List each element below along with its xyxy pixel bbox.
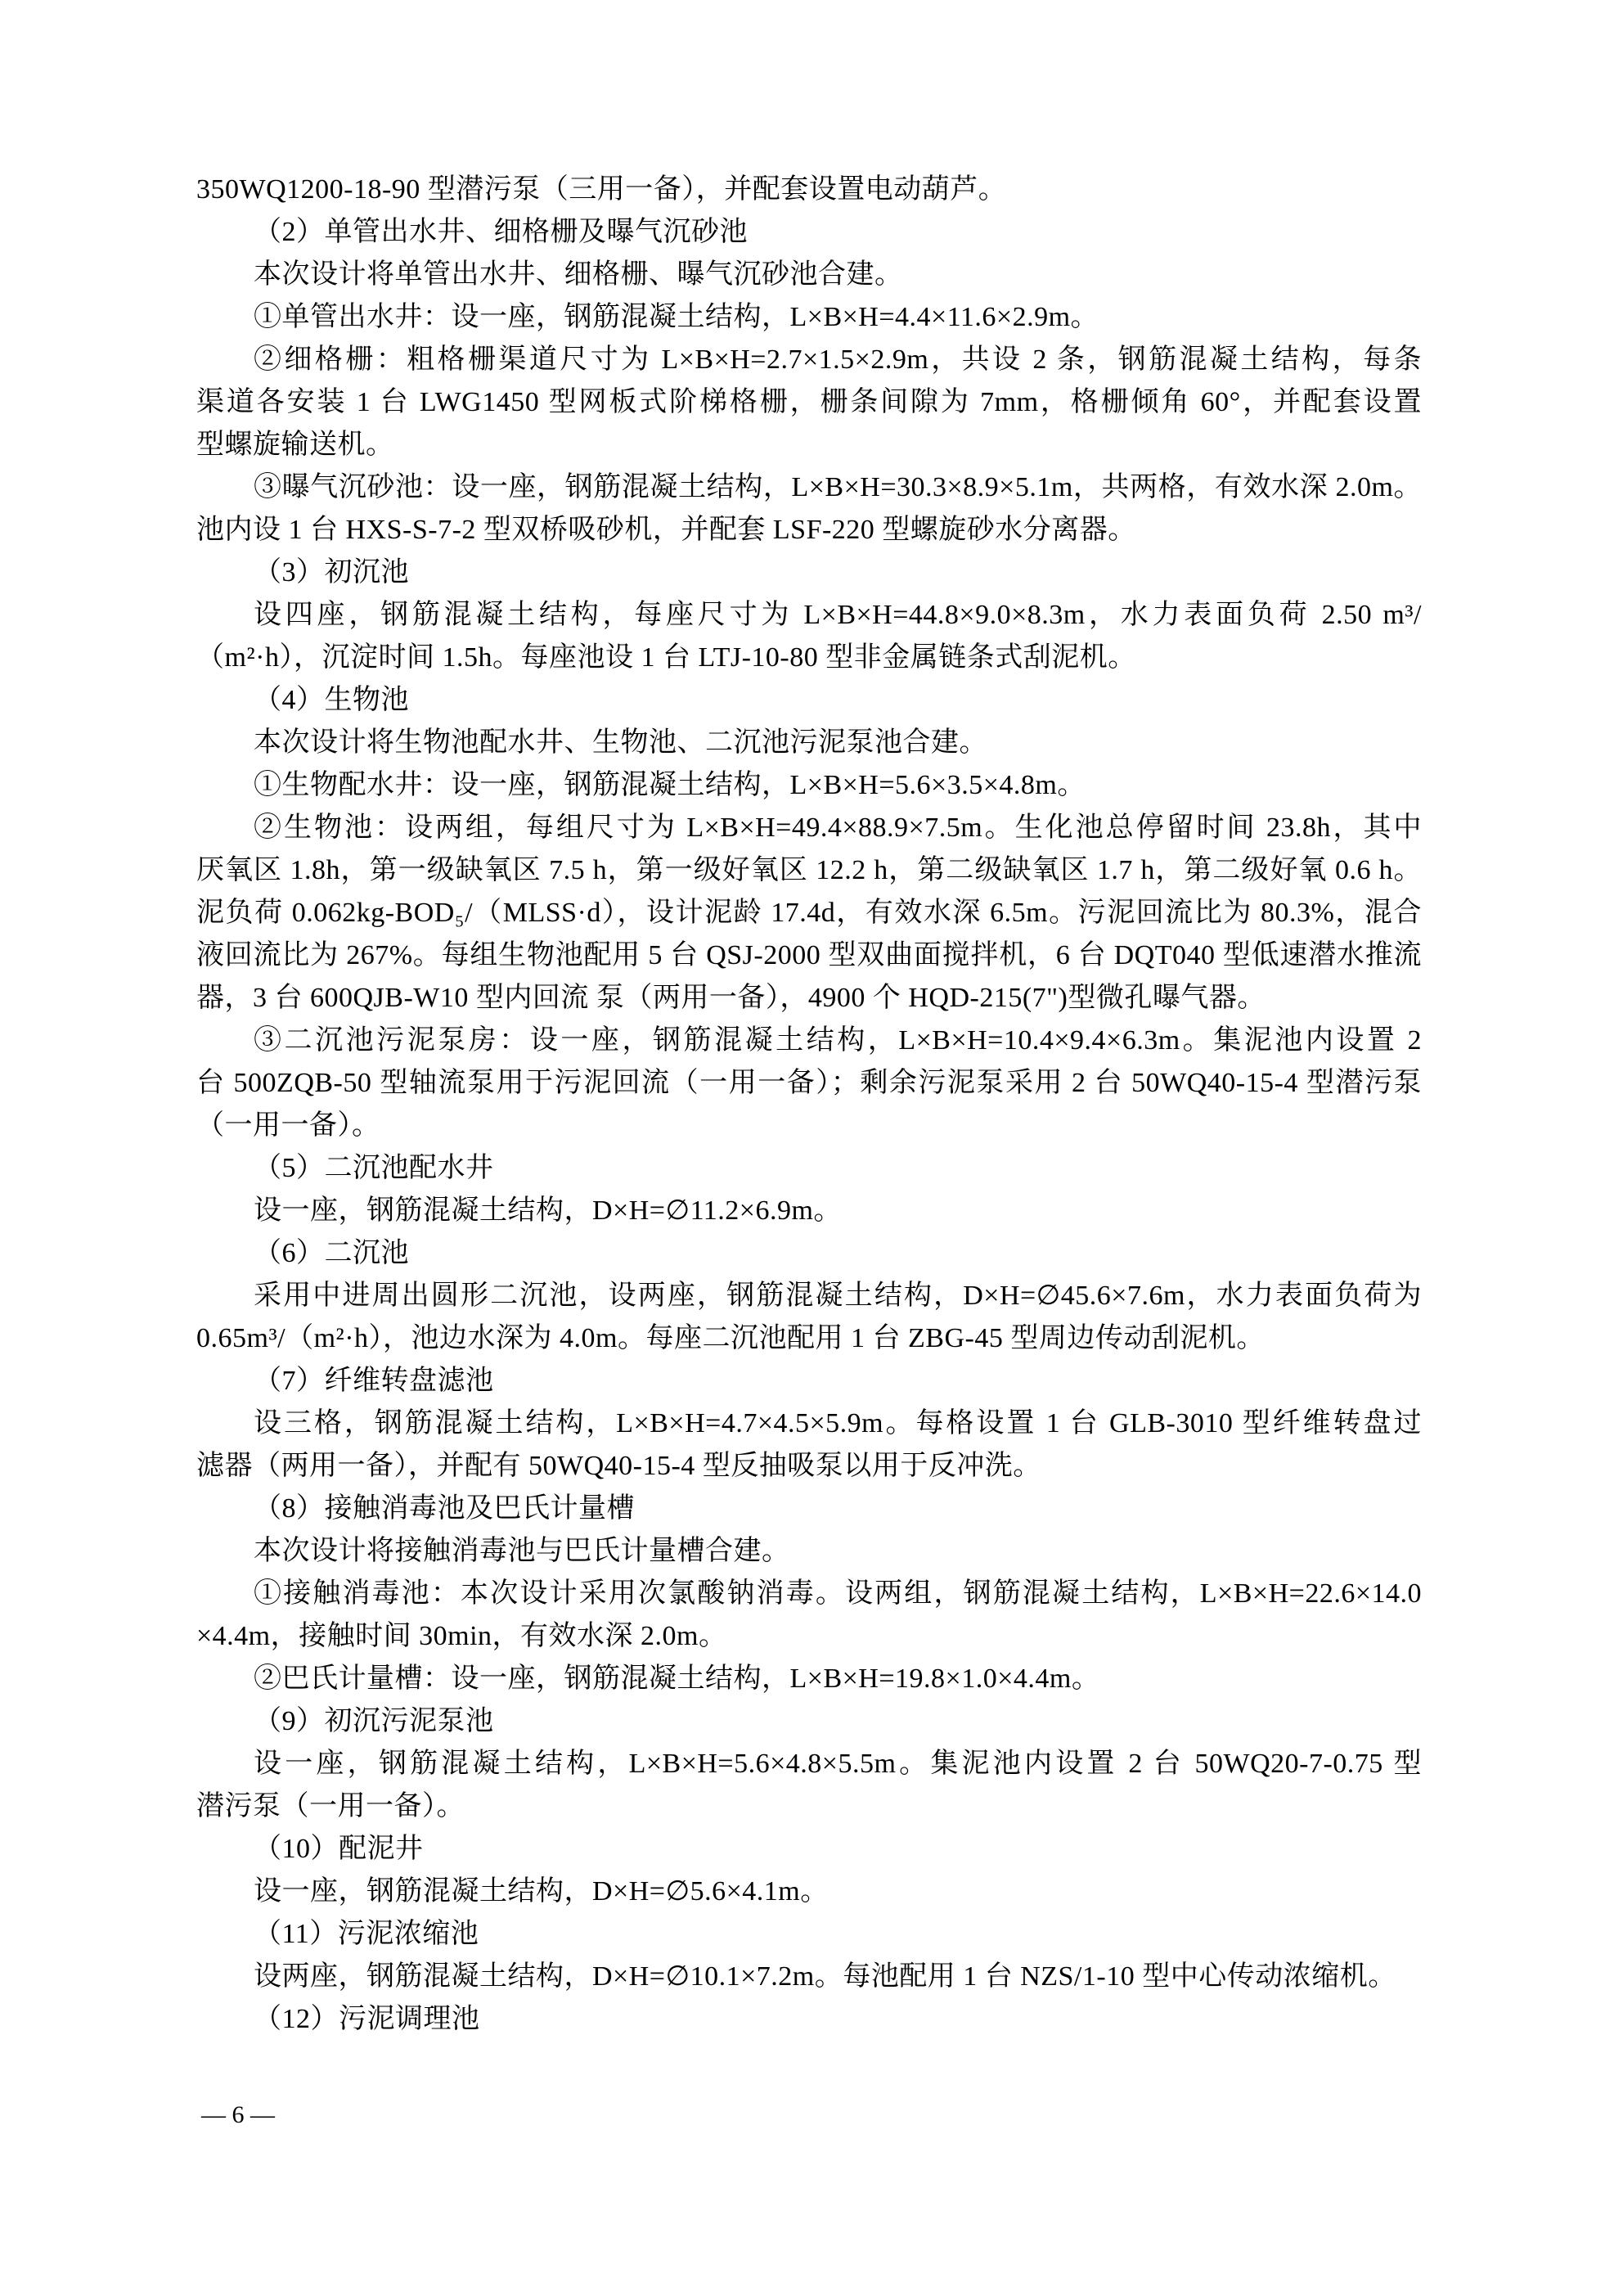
text-line: （4）生物池 xyxy=(196,679,1422,722)
text-line: 设四座，钢筋混凝土结构，每座尺寸为 L×B×H=44.8×9.0×8.3m，水力… xyxy=(196,594,1422,637)
text-line: 渠道各安装 1 台 LWG1450 型网板式阶梯格栅，栅条间隙为 7mm，格栅倾… xyxy=(196,381,1422,424)
document-page: 350WQ1200-18-90 型潜污泵（三用一备），并配套设置电动葫芦。（2）… xyxy=(0,0,1623,2296)
text-line: 型螺旋输送机。 xyxy=(196,424,1422,466)
text-line: 本次设计将生物池配水井、生物池、二沉池污泥泵池合建。 xyxy=(196,722,1422,764)
text-line: （9）初沉污泥泵池 xyxy=(196,1700,1422,1743)
text-line: 泥负荷 0.062kg-BOD₅/（MLSS·d），设计泥龄 17.4d，有效水… xyxy=(196,892,1422,934)
text-line: （一用一备）。 xyxy=(196,1105,1422,1147)
text-line: 采用中进周出圆形二沉池，设两座，钢筋混凝土结构，D×H=∅45.6×7.6m，水… xyxy=(196,1275,1422,1317)
text-line: （8）接触消毒池及巴氏计量槽 xyxy=(196,1488,1422,1530)
text-line: （3）初沉池 xyxy=(196,551,1422,594)
text-line: 器，3 台 600QJB-W10 型内回流 泵（两用一备），4900 个 HQD… xyxy=(196,977,1422,1020)
text-line: 设一座，钢筋混凝土结构，D×H=∅5.6×4.1m。 xyxy=(196,1871,1422,1913)
text-line: 设两座，钢筋混凝土结构，D×H=∅10.1×7.2m。每池配用 1 台 NZS/… xyxy=(196,1956,1422,1998)
text-line: 滤器（两用一备），并配有 50WQ40-15-4 型反抽吸泵以用于反冲洗。 xyxy=(196,1445,1422,1488)
text-line: ②巴氏计量槽：设一座，钢筋混凝土结构，L×B×H=19.8×1.0×4.4m。 xyxy=(196,1658,1422,1700)
text-line: 设一座，钢筋混凝土结构，D×H=∅11.2×6.9m。 xyxy=(196,1190,1422,1232)
text-line: （2）单管出水井、细格栅及曝气沉砂池 xyxy=(196,211,1422,254)
text-line: 本次设计将接触消毒池与巴氏计量槽合建。 xyxy=(196,1530,1422,1573)
text-content: 350WQ1200-18-90 型潜污泵（三用一备），并配套设置电动葫芦。（2）… xyxy=(196,169,1422,2041)
text-line: （12）污泥调理池 xyxy=(196,1998,1422,2041)
text-line: 本次设计将单管出水井、细格栅、曝气沉砂池合建。 xyxy=(196,254,1422,296)
text-line: 350WQ1200-18-90 型潜污泵（三用一备），并配套设置电动葫芦。 xyxy=(196,169,1422,211)
text-line: ③二沉池污泥泵房：设一座，钢筋混凝土结构，L×B×H=10.4×9.4×6.3m… xyxy=(196,1020,1422,1062)
text-line: （5）二沉池配水井 xyxy=(196,1147,1422,1190)
text-line: （7）纤维转盘滤池 xyxy=(196,1360,1422,1402)
text-line: ②细格栅：粗格栅渠道尺寸为 L×B×H=2.7×1.5×2.9m，共设 2 条，… xyxy=(196,339,1422,381)
text-line: 潜污泵（一用一备）。 xyxy=(196,1785,1422,1828)
text-line: 0.65m³/（m²·h），池边水深为 4.0m。每座二沉池配用 1 台 ZBG… xyxy=(196,1317,1422,1360)
page-footer: — 6 — xyxy=(201,2099,275,2132)
text-line: （10）配泥井 xyxy=(196,1828,1422,1871)
page-number: — 6 — xyxy=(201,2101,275,2128)
text-line: （11）污泥浓缩池 xyxy=(196,1913,1422,1956)
text-line: ①生物配水井：设一座，钢筋混凝土结构，L×B×H=5.6×3.5×4.8m。 xyxy=(196,764,1422,807)
text-line: 设一座，钢筋混凝土结构，L×B×H=5.6×4.8×5.5m。集泥池内设置 2 … xyxy=(196,1743,1422,1785)
text-line: （m²·h），沉淀时间 1.5h。每座池设 1 台 LTJ-10-80 型非金属… xyxy=(196,637,1422,679)
text-line: 液回流比为 267%。每组生物池配用 5 台 QSJ-2000 型双曲面搅拌机，… xyxy=(196,934,1422,977)
text-line: 池内设 1 台 HXS-S-7-2 型双桥吸砂机，并配套 LSF-220 型螺旋… xyxy=(196,509,1422,551)
text-line: ①单管出水井：设一座，钢筋混凝土结构，L×B×H=4.4×11.6×2.9m。 xyxy=(196,296,1422,339)
text-line: 台 500ZQB-50 型轴流泵用于污泥回流（一用一备）；剩余污泥泵采用 2 台… xyxy=(196,1062,1422,1105)
text-line: （6）二沉池 xyxy=(196,1232,1422,1275)
text-line: ③曝气沉砂池：设一座，钢筋混凝土结构，L×B×H=30.3×8.9×5.1m，共… xyxy=(196,466,1422,509)
text-line: 设三格，钢筋混凝土结构，L×B×H=4.7×4.5×5.9m。每格设置 1 台 … xyxy=(196,1402,1422,1445)
text-line: 厌氧区 1.8h，第一级缺氧区 7.5 h，第一级好氧区 12.2 h，第二级缺… xyxy=(196,849,1422,892)
text-line: ②生物池：设两组，每组尺寸为 L×B×H=49.4×88.9×7.5m。生化池总… xyxy=(196,807,1422,849)
text-line: ×4.4m，接触时间 30min，有效水深 2.0m。 xyxy=(196,1615,1422,1658)
text-line: ①接触消毒池：本次设计采用次氯酸钠消毒。设两组，钢筋混凝土结构，L×B×H=22… xyxy=(196,1573,1422,1615)
